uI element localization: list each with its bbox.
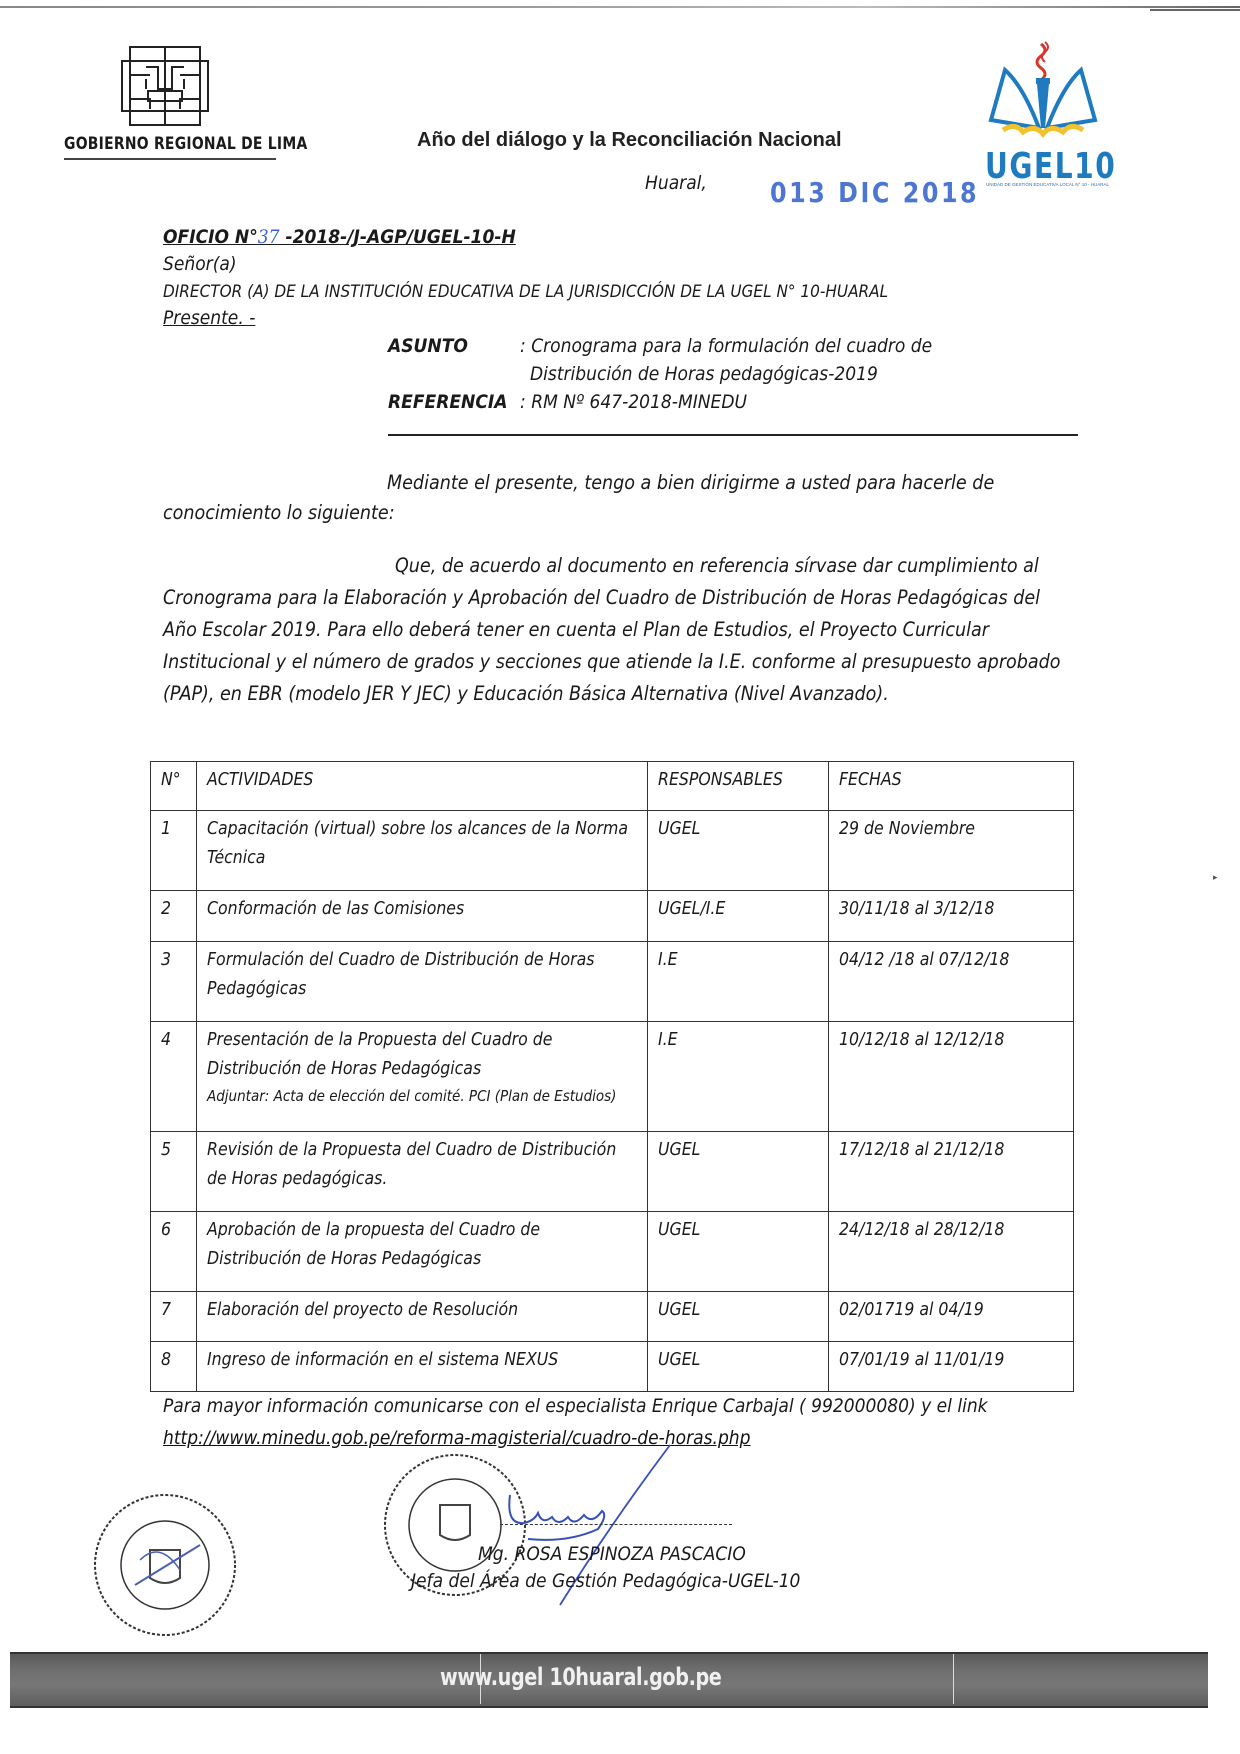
header-responsible: RESPONSABLES	[648, 762, 829, 811]
row-date: 30/11/18 al 3/12/18	[829, 891, 1074, 942]
row-responsible: UGEL/I.E	[648, 891, 829, 942]
signer-title: Jefa del Área de Gestión Pedagógica-UGEL…	[411, 1570, 800, 1592]
recipient: DIRECTOR (A) DE LA INSTITUCIÓN EDUCATIVA…	[163, 282, 888, 302]
row-responsible: UGEL	[648, 1212, 829, 1292]
table-row: 2 Conformación de las Comisiones UGEL/I.…	[151, 891, 1074, 942]
row-number: 2	[151, 891, 197, 942]
table-row: 5 Revisión de la Propuesta del Cuadro de…	[151, 1132, 1074, 1212]
presente-word: Presente	[163, 307, 238, 329]
oficio-handwritten-number: 37	[258, 226, 280, 248]
divider	[388, 434, 1078, 436]
gobierno-regional-label: GOBIERNO REGIONAL DE LIMA	[64, 134, 307, 154]
referencia-label: REFERENCIA	[388, 391, 507, 413]
signer-name: Mg. ROSA ESPINOZA PASCACIO	[478, 1543, 746, 1565]
header-number: N°	[151, 762, 197, 811]
row-date: 24/12/18 al 28/12/18	[829, 1212, 1074, 1292]
ugel-book-torch-logo-icon	[983, 38, 1103, 148]
oficio-number: OFICIO N°37 -2018-/J-AGP/UGEL-10-H	[163, 226, 516, 248]
table-row: 3 Formulación del Cuadro de Distribución…	[151, 942, 1074, 1022]
footer-website: www.ugel 10huaral.gob.pe	[440, 1663, 721, 1691]
row-date: 02/01719 al 04/19	[829, 1292, 1074, 1342]
table-header-row: N° ACTIVIDADES RESPONSABLES FECHAS	[151, 762, 1074, 811]
table-row: 1 Capacitación (virtual) sobre los alcan…	[151, 811, 1074, 891]
row-activity: Formulación del Cuadro de Distribución d…	[197, 942, 648, 1022]
row-activity: Ingreso de información en el sistema NEX…	[197, 1342, 648, 1392]
table-row: 7 Elaboración del proyecto de Resolución…	[151, 1292, 1074, 1342]
row-responsible: UGEL	[648, 1292, 829, 1342]
contact-info: Para mayor información comunicarse con e…	[163, 1395, 988, 1417]
row-responsible: UGEL	[648, 1342, 829, 1392]
signature-line	[500, 1524, 732, 1525]
paragraph-1-line1: Mediante el presente, tengo a bien dirig…	[387, 467, 994, 499]
asunto-text-line2: Distribución de Horas pedagógicas-2019	[530, 363, 878, 385]
row-number: 6	[151, 1212, 197, 1292]
presente-suffix: . -	[238, 307, 255, 329]
ugel-logo-title: UGEL10	[985, 146, 1116, 187]
row-activity: Capacitación (virtual) sobre los alcance…	[197, 811, 648, 891]
row-activity-text: Presentación de la Propuesta del Cuadro …	[207, 1030, 552, 1079]
row-responsible: UGEL	[648, 1132, 829, 1212]
row-date: 29 de Noviembre	[829, 811, 1074, 891]
row-number: 3	[151, 942, 197, 1022]
row-number: 1	[151, 811, 197, 891]
table-row: 8 Ingreso de información en el sistema N…	[151, 1342, 1074, 1392]
table-row: 6 Aprobación de la propuesta del Cuadro …	[151, 1212, 1074, 1292]
row-date: 04/12 /18 al 07/12/18	[829, 942, 1074, 1022]
row-activity: Revisión de la Propuesta del Cuadro de D…	[197, 1132, 648, 1212]
row-date: 17/12/18 al 21/12/18	[829, 1132, 1074, 1212]
official-stamp-icon	[90, 1490, 240, 1640]
row-date: 07/01/19 al 11/01/19	[829, 1342, 1074, 1392]
ugel-logo-subtitle: UNIDAD DE GESTIÓN EDUCATIVA LOCAL N° 10 …	[986, 182, 1109, 187]
oficio-suffix: -2018-/J-AGP/UGEL-10-H	[280, 226, 516, 248]
row-activity: Aprobación de la propuesta del Cuadro de…	[197, 1212, 648, 1292]
row-number: 4	[151, 1022, 197, 1132]
oficio-prefix: OFICIO N°	[163, 226, 258, 248]
referencia-text: : RM Nº 647-2018-MINEDU	[520, 391, 747, 413]
salutation: Señor(a)	[163, 253, 237, 275]
paragraph-2: Que, de acuerdo al documento en referenc…	[163, 550, 1063, 710]
paragraph-1-line2: conocimiento lo siguiente:	[163, 497, 395, 529]
row-number: 7	[151, 1292, 197, 1342]
row-responsible: I.E	[648, 1022, 829, 1132]
row-activity: Conformación de las Comisiones	[197, 891, 648, 942]
year-title: Año del diálogo y la Reconciliación Naci…	[417, 129, 842, 152]
date-stamp: 013 DIC 2018	[770, 176, 979, 209]
gobierno-regional-logo-icon	[120, 45, 210, 127]
city-label: Huaral,	[645, 172, 707, 194]
paragraph-2-text: Que, de acuerdo al documento en referenc…	[163, 554, 1061, 705]
asunto-text-line1: : Cronograma para la formulación del cua…	[520, 335, 932, 357]
row-number: 5	[151, 1132, 197, 1212]
row-number: 8	[151, 1342, 197, 1392]
row-responsible: UGEL	[648, 811, 829, 891]
table-row: 4 Presentación de la Propuesta del Cuadr…	[151, 1022, 1074, 1132]
row-activity: Elaboración del proyecto de Resolución	[197, 1292, 648, 1342]
header-activities: ACTIVIDADES	[197, 762, 648, 811]
row-activity-note: Adjuntar: Acta de elección del comité. P…	[207, 1084, 637, 1108]
presente: Presente. -	[163, 307, 255, 329]
row-activity: Presentación de la Propuesta del Cuadro …	[197, 1022, 648, 1132]
scan-edge-mark	[1150, 9, 1240, 11]
schedule-table: N° ACTIVIDADES RESPONSABLES FECHAS 1 Cap…	[150, 761, 1074, 1392]
asunto-label: ASUNTO	[388, 335, 468, 357]
row-date: 10/12/18 al 12/12/18	[829, 1022, 1074, 1132]
scan-speck: ▸	[1213, 872, 1218, 883]
row-responsible: I.E	[648, 942, 829, 1022]
divider	[64, 158, 276, 160]
header-dates: FECHAS	[829, 762, 1074, 811]
footer-separator	[953, 1654, 954, 1704]
scan-edge-line	[0, 6, 1240, 8]
